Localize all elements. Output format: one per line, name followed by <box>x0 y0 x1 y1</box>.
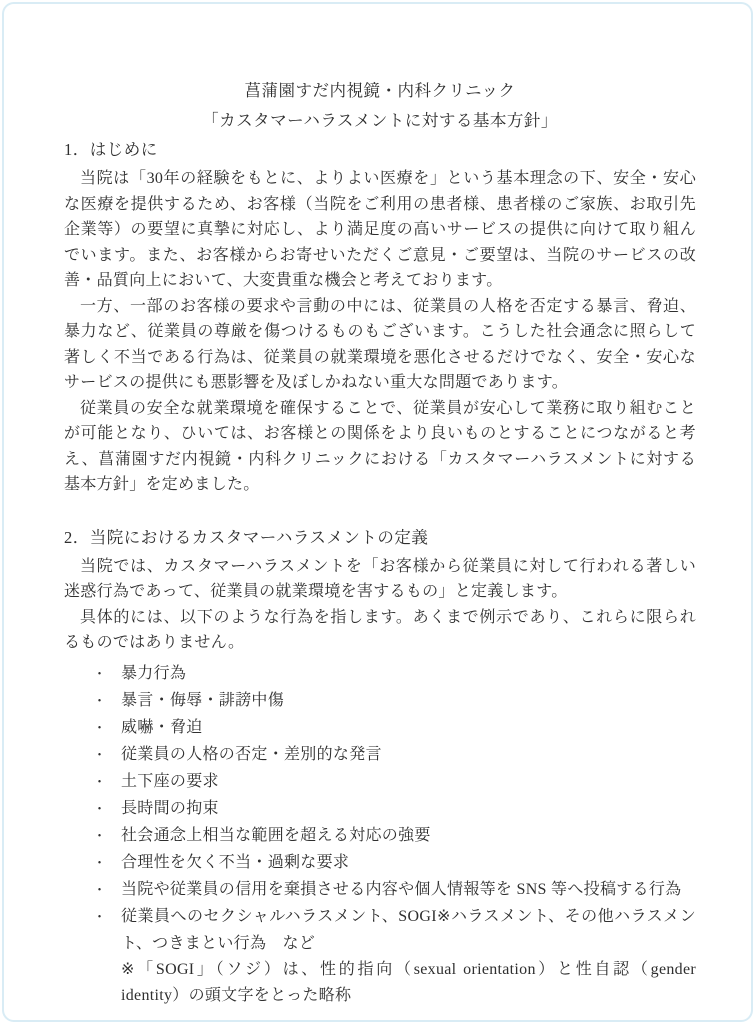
section-1-paragraph-1: 当院は「30年の経験をもとに、よりよい医療を」という基本理念の下、安全・安心な医… <box>64 166 696 294</box>
section-definition: 2．当院におけるカスタマーハラスメントの定義 当院では、カスタマーハラスメントを… <box>64 524 696 1009</box>
section-1-paragraph-3: 従業員の安全な就業環境を確保することで、従業員が安心して業務に取り組むことが可能… <box>64 396 696 498</box>
document-subtitle: 「カスタマーハラスメントに対する基本方針」 <box>64 106 696 136</box>
harassment-examples-list: 暴力行為 暴言・侮辱・誹謗中傷 威嚇・脅迫 従業員の人格の否定・差別的な発言 土… <box>99 660 696 957</box>
list-item-discrimination: 従業員の人格の否定・差別的な発言 <box>99 741 696 768</box>
document-page: 菖蒲園すだ内視鏡・内科クリニック 「カスタマーハラスメントに対する基本方針」 1… <box>2 2 753 1022</box>
list-item-excessive-demand: 社会通念上相当な範囲を超える対応の強要 <box>99 822 696 849</box>
list-item-abuse: 暴言・侮辱・誹謗中傷 <box>99 687 696 714</box>
section-1-paragraph-2: 一方、一部のお客様の要求や言動の中には、従業員の人格を否定する暴言、脅迫、暴力な… <box>64 294 696 396</box>
list-item-sexual-harassment: 従業員へのセクシャルハラスメント、SOGI※ハラスメント、その他ハラスメント、つ… <box>99 903 696 957</box>
list-item-unreasonable-demand: 合理性を欠く不当・過剰な要求 <box>99 849 696 876</box>
section-2-heading: 2．当院におけるカスタマーハラスメントの定義 <box>64 524 696 552</box>
list-item-sns-posting: 当院や従業員の信用を棄損させる内容や個人情報等を SNS 等へ投稿する行為 <box>99 876 696 903</box>
list-item-intimidation: 威嚇・脅迫 <box>99 714 696 741</box>
list-item-restraint: 長時間の拘束 <box>99 795 696 822</box>
list-item-dogeza: 土下座の要求 <box>99 768 696 795</box>
sogi-footnote: ※「SOGI」（ソジ）は、性的指向（sexual orientation）と性自… <box>121 957 696 1009</box>
document-title: 菖蒲園すだ内視鏡・内科クリニック <box>64 76 696 106</box>
section-2-paragraph-1: 当院では、カスタマーハラスメントを「お客様から従業員に対して行われる著しい迷惑行… <box>64 554 696 605</box>
section-1-heading: 1．はじめに <box>64 136 696 164</box>
list-item-violence: 暴力行為 <box>99 660 696 687</box>
section-2-paragraph-2: 具体的には、以下のような行為を指します。あくまで例示であり、これらに限られるもの… <box>64 605 696 656</box>
section-introduction: 1．はじめに 当院は「30年の経験をもとに、よりよい医療を」という基本理念の下、… <box>64 136 696 498</box>
